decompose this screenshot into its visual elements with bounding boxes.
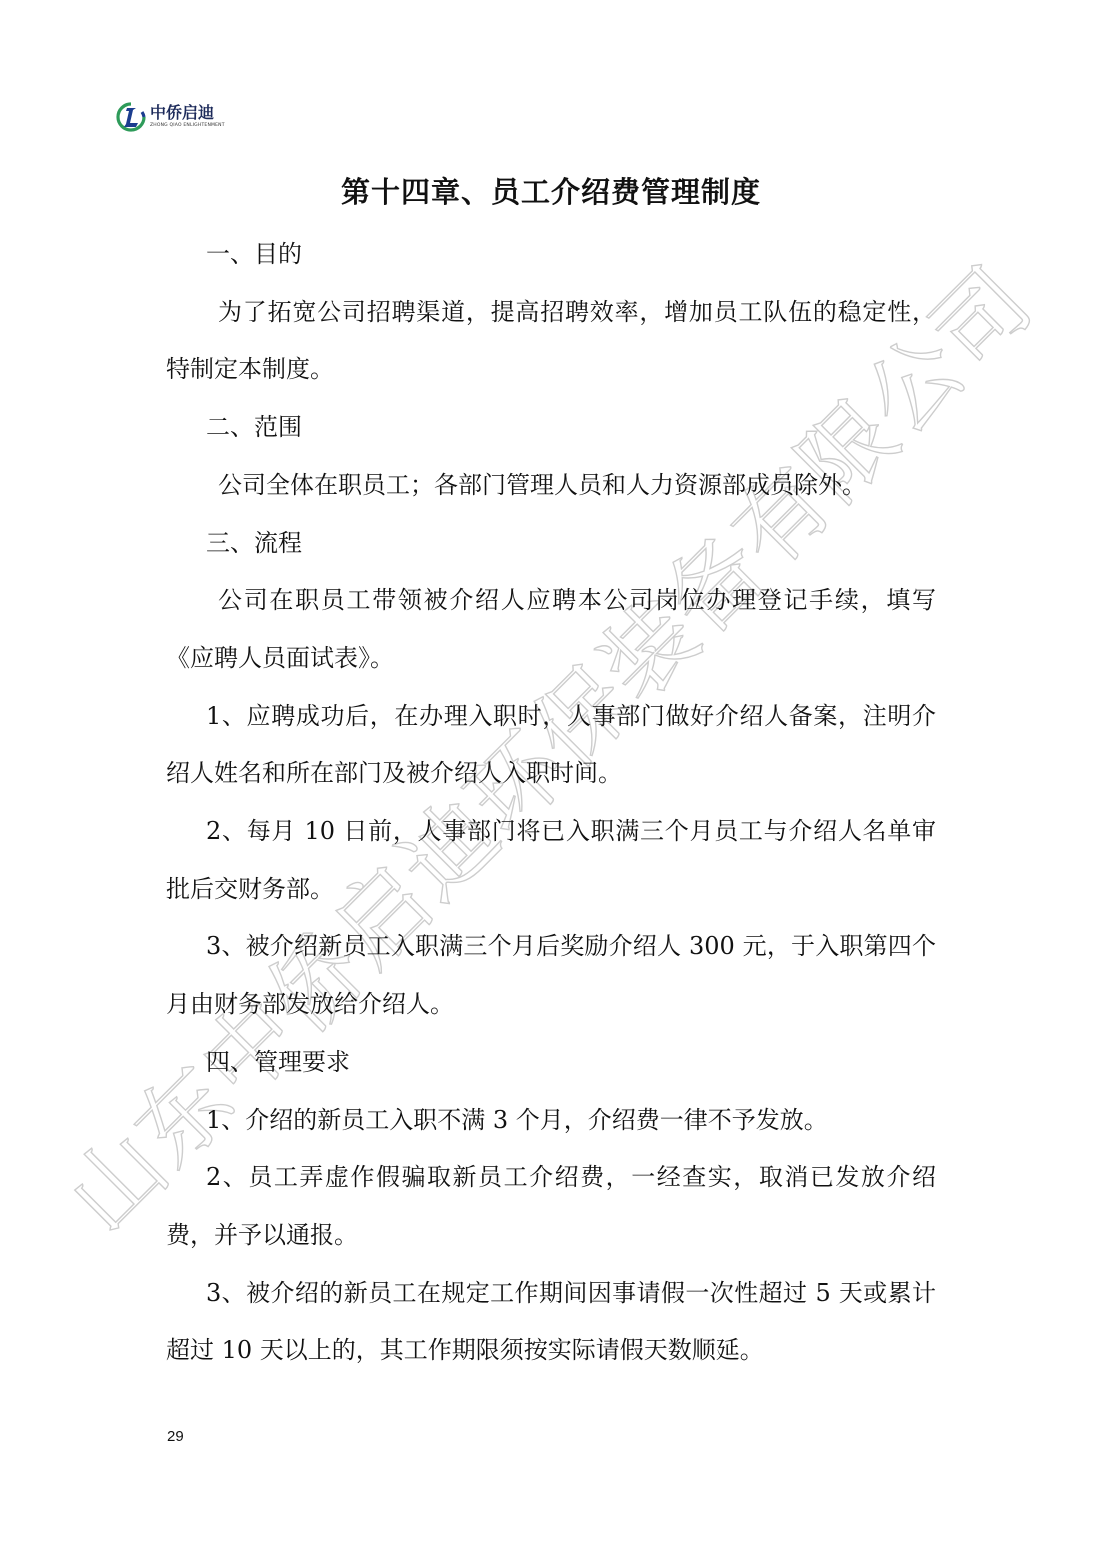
paragraph-process-intro: 公司在职员工带领被介绍人应聘本公司岗位办理登记手续，填写《应聘人员面试表》。 xyxy=(166,572,936,687)
section-heading-purpose: 一、目的 xyxy=(166,226,936,284)
document-page: 山东中侨启迪环保装备有限公司 中侨启迪 ZHONG QIAO ENLIGHTEN… xyxy=(0,0,1102,1559)
paragraph-process-2: 2、每月 10 日前，人事部门将已入职满三个月员工与介绍人名单审批后交财务部。 xyxy=(166,803,936,918)
paragraph-scope: 公司全体在职员工；各部门管理人员和人力资源部成员除外。 xyxy=(166,457,936,515)
paragraph-management-3: 3、被介绍的新员工在规定工作期间因事请假一次性超过 5 天或累计超过 10 天以… xyxy=(166,1265,936,1380)
logo-chinese-name: 中侨启迪 xyxy=(150,105,225,121)
paragraph-management-2: 2、员工弄虚作假骗取新员工介绍费，一经查实，取消已发放介绍费，并予以通报。 xyxy=(166,1149,936,1264)
paragraph-process-1: 1、应聘成功后，在办理入职时，人事部门做好介绍人备案，注明介绍人姓名和所在部门及… xyxy=(166,688,936,803)
paragraph-process-3: 3、被介绍新员工入职满三个月后奖励介绍人 300 元，于入职第四个月由财务部发放… xyxy=(166,918,936,1033)
page-number: 29 xyxy=(167,1428,184,1445)
paragraph-management-1: 1、介绍的新员工入职不满 3 个月，介绍费一律不予发放。 xyxy=(166,1092,936,1150)
paragraph-purpose: 为了拓宽公司招聘渠道，提高招聘效率，增加员工队伍的稳定性，特制定本制度。 xyxy=(166,284,936,399)
section-heading-management: 四、管理要求 xyxy=(166,1034,936,1092)
logo-english-name: ZHONG QIAO ENLIGHTENMENT xyxy=(150,124,225,129)
company-logo: 中侨启迪 ZHONG QIAO ENLIGHTENMENT xyxy=(116,102,225,132)
logo-emblem-icon xyxy=(116,102,146,132)
document-body: 一、目的 为了拓宽公司招聘渠道，提高招聘效率，增加员工队伍的稳定性，特制定本制度… xyxy=(166,226,936,1380)
section-heading-process: 三、流程 xyxy=(166,515,936,573)
section-heading-scope: 二、范围 xyxy=(166,399,936,457)
chapter-title: 第十四章、员工介绍费管理制度 xyxy=(0,170,1102,211)
